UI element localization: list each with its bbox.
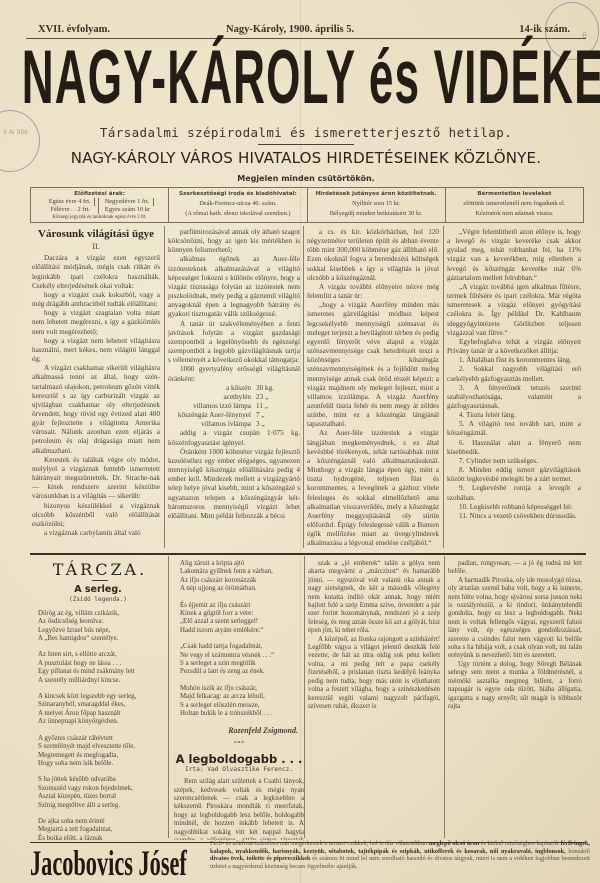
advantage-item: 2. Sokkal nagyobb világítási erő csekély… <box>447 365 581 383</box>
verse-line: S ha jöttek később udvarába <box>38 776 164 784</box>
volume: XVII. évfolyam. <box>38 24 110 35</box>
verse-line: A pusztulást hogy ne lássa . . . <box>38 660 164 668</box>
ad-highlight: meglepő olcsó áron <box>429 840 479 847</box>
stanza: A kincsek közt legszebb egy serleg,Szina… <box>32 693 164 727</box>
verse-line: A melyet Áron főpap használt <box>38 710 164 718</box>
verse-line: „Csak hadd tartja fogadalmát, <box>180 643 304 651</box>
verse-line: Hogy soha nem isik belőle. <box>38 760 164 768</box>
verse-line: Az Isten sirt, s ellötte arczát, <box>38 651 164 659</box>
ads-cell: Hirdetések jutányos áron közöltetnek. Ny… <box>308 188 446 222</box>
fuel-amount: 11 „ <box>256 402 300 411</box>
stanza: És éjjemit az ifju császáriKinek a gőgtő… <box>174 602 304 636</box>
advantage-item: 5. A világító test tovább tart, mint a k… <box>447 420 581 438</box>
verse-line: Szomszéd vagy rokon fejedelmek, <box>38 785 164 793</box>
verse-line: De ajka soha nem érinté <box>38 818 164 826</box>
stanza: Dörög az ég, villám czikázik,Az ősdicsős… <box>32 610 164 644</box>
verse-line: Legyőzve Izrael bús népe, <box>38 627 164 635</box>
fuel-source: villamos izzó lámpa <box>168 402 256 411</box>
advantages-list: 1. Általában füst és korommentes láng.2.… <box>447 356 581 521</box>
paragraph: A tanár úr szakvéleményében a fenti javí… <box>168 320 300 366</box>
column-divider <box>304 556 305 838</box>
article-col4-text: „Végre felemlíthető azon előnye is, hogy… <box>447 228 581 356</box>
verse-line: S szemfényét majd elvesztette tőle, <box>38 743 164 751</box>
subtitle: Társadalmi szépirodalmi és ismeretterjes… <box>26 125 586 140</box>
story-text-1: Rem szilág alatt születtek a Csathi lány… <box>174 778 304 840</box>
ads-title: Hirdetések jutányos áron közöltetnek. <box>308 190 445 198</box>
story-text-2: szak a „jó emberek“ talán a gólya nem ak… <box>308 560 440 711</box>
feuilleton-heading: TÁRCZA. <box>30 560 170 579</box>
advantage-item: 3. A fényerőnek tetszés szerinti szabály… <box>447 384 581 411</box>
fuel-consumption-table: a kőszén30 kg.acethylén23 „villamos izzó… <box>168 384 300 430</box>
paragraph: A harmadik Piroska, oly ide mosolygó róz… <box>448 577 582 661</box>
fuel-amount: 3 „ <box>256 420 300 429</box>
article-title: Városunk világítási ügye <box>32 230 160 239</box>
paragraph: addig a vizgáz csupán 1·075 kg. kőszénfo… <box>168 429 300 447</box>
story-column-3: padian, rongyosan, — a jó ég tudná mi le… <box>448 560 582 840</box>
paragraph: alkalmas égőnek az Auer-féle izzótestekn… <box>168 255 300 319</box>
advertisement-text: Férfi- és nőidivat-üzletében már megérke… <box>210 840 590 870</box>
verse-line: Lakomára gyűlnek fenn a várban, <box>180 568 304 576</box>
stanza: S ha jöttek később udvarábaSzomszéd vagy… <box>32 776 164 810</box>
verse-line: Megtartá a tett fogadalmat, <box>38 826 164 834</box>
office-cell: Szerkesztőségi iroda és kiadóhivatal: De… <box>169 188 307 222</box>
article-part: II. <box>32 242 160 251</box>
poem-stanzas-continued: Alig záruit a kripta ajtóLakomára gyűlne… <box>174 560 304 719</box>
advantage-item: 1. Általában füst és korommentes láng. <box>447 356 581 365</box>
advantage-item: 10. Legkisebb robbanó képességgel bír. <box>447 503 581 512</box>
poem-author: Rozenfeld Zsigmond. <box>174 727 298 735</box>
stamp-date: 9 AI 906 <box>3 129 28 136</box>
paragraph: Daczára a vizgáz ezen egyszerű előállítá… <box>32 254 160 291</box>
verse-line: Ne vegy el számomra vésnek . . .“ <box>180 652 304 660</box>
stanza: Az Isten sirt, s ellötte arczát,A pusztu… <box>32 651 164 685</box>
fuel-source: villamos ívlámpa <box>168 420 256 429</box>
verse-line: És boika előtt, a fáznak <box>38 835 164 840</box>
verse-line: Az ősdicsőség leomlva: <box>38 618 164 626</box>
paragraph: 1000 gyertyafény erősségű világításnál ó… <box>168 365 300 383</box>
verse-line: Színig megtöltve állt a serleg. <box>38 802 164 810</box>
fuel-row: kőszéngáz Auer-fénynyel7 „ <box>168 411 300 420</box>
advantage-item: 4. Tiszta fehér láng. <box>447 411 581 420</box>
fuel-source: acethylén <box>168 393 256 402</box>
article-column-2: parfümirozásával annak oly átható szagot… <box>168 228 300 550</box>
ad-copy: és kitűnő minőségben kaphatók <box>479 840 560 847</box>
subscription-title: Előfizetési árak: <box>31 190 168 198</box>
paragraph: „hogy a vizgáz Auerfény minden más ismer… <box>307 301 439 429</box>
verse-line: És éjjemit az ifju császári <box>180 602 304 610</box>
paragraph: hogy a vizgázt csak kokszból, vagy a még… <box>32 291 160 309</box>
divider-ornament: ≈∘≈ <box>174 739 304 747</box>
paragraph: padian, rongyosan, — a jó ég tudná mi le… <box>448 560 582 577</box>
fuel-row: a kőszén30 kg. <box>168 384 300 393</box>
stanza: Mohón iszik az ifju császár,Majd felkaca… <box>174 685 304 719</box>
story-column-2: szak a „jó emberek“ talán a gólya nem ak… <box>308 560 440 840</box>
article-column-4: „Végre felemlíthető azon előnye is, hogy… <box>447 228 581 550</box>
manuscripts-policy: Kéziratok nem adatnak vissza. <box>446 210 583 218</box>
verse-line: Az ünnepnapi könyörgésben. <box>38 718 164 726</box>
advantage-item: 9. Legkevésbé rontja a levegőt a szobába… <box>447 484 581 502</box>
paragraph: hogy a vizgázt nem lehetett világításra … <box>32 337 160 364</box>
paragraph: parfümirozásával annak oly átható szagot… <box>168 228 300 255</box>
paragraph: Rem szilág alatt születtek a Csathi lány… <box>174 778 304 840</box>
masthead-area: NAGY-KÁROLY és VIDÉKE <box>26 38 586 120</box>
price-half-year: Félévre . . 2 frt. <box>46 206 95 214</box>
verse-line: Hadd iszom atyám emlékére.“ <box>180 627 304 635</box>
article-col2-text-after: addig a vizgáz csupán 1·075 kg. kőszénfo… <box>168 429 300 521</box>
paragraph: Ugy történt a dolog, hogy Sőregh Bélának… <box>448 661 582 711</box>
stanza: De ajka soha nem érintéMegtartá a tett f… <box>32 818 164 840</box>
verse-line: Egy pillanat és mind zsákmány lett <box>38 668 164 676</box>
verse-line: A kincsek közt legszebb egy serleg, <box>38 693 164 701</box>
verse-line: S a serleget a szin megtölik <box>180 660 304 668</box>
column-divider <box>168 556 169 838</box>
verse-line: Mohón iszik az ifju császár, <box>180 685 304 693</box>
verse-line: „Elő azzal a szent serleggel! <box>180 618 304 626</box>
verse-line: A „Bes hamigdos“ szentélye. <box>38 635 164 643</box>
article-column-1: Városunk világítási ügye II. Daczára a v… <box>32 228 160 550</box>
price-year: Egész évre 4 frt. <box>46 198 95 206</box>
poem-subtitle: (Zsidó legenda.) <box>32 596 164 604</box>
paragraph: bizonyos készülékkel a vizgáznak olcsóbb… <box>32 502 160 529</box>
advantage-item: 11. Nincs a vezető csövekben dúrusodás. <box>447 512 581 521</box>
advantage-item: 6. Használat alatt a fényerő nem kisebbe… <box>447 439 581 457</box>
verse-line: Kinek a gőgtől forr a vére: <box>180 610 304 618</box>
letters-policy: elöttünk ismeretlentől nem fogadunk el. <box>446 200 583 208</box>
fuel-row: villamos ívlámpa3 „ <box>168 420 300 429</box>
paragraph: Kerestek és találtak végre oly módot, me… <box>32 456 160 502</box>
column-divider <box>444 556 445 838</box>
paragraph: hogy a vizgázt szagtalan volta miatt nem… <box>32 309 160 336</box>
official-gazette-line: NAGY-KÁROLY VÁROS HIVATALOS HIRDETÉSEINE… <box>34 149 577 167</box>
letters-title: Bérmentetlen leveleket <box>446 190 583 198</box>
subscription-note: Községi jegyzők és tanítóknak egész évre… <box>31 214 168 222</box>
fuel-source: a kőszén <box>168 384 256 393</box>
fuel-amount: 7 „ <box>256 411 300 420</box>
paragraph: Az Auer-féle izzótestek a vizgáz lángjáb… <box>307 429 439 548</box>
fuel-source: kőszéngáz Auer-fénynyel <box>168 411 256 420</box>
ads-stamp-fee: Bélyegdíj minden beiktatásért 30 kr. <box>308 210 445 218</box>
office-address: Deák-Ferencz-utcza 40. szám. <box>169 200 306 208</box>
column-divider <box>303 226 304 548</box>
verse-line: A győztes császár ráhévtett <box>38 735 164 743</box>
paragraph: A vizgázt csakhamar sikerült világításra… <box>32 364 160 456</box>
paragraph: „Végre felemlíthető azon előnye is, hogy… <box>447 228 581 283</box>
poem-stanzas: Dörög az ég, villám czikázik,Az ősdicsős… <box>32 610 164 840</box>
feuilleton-rule <box>30 553 586 555</box>
paragraph: A középső, az Ilonka rajongott a színház… <box>308 636 440 712</box>
verse-line: S a serleget elöszlén messze, <box>180 702 304 710</box>
advantage-item: 8. Minden eddig ismert gázvilágítások kö… <box>447 466 581 484</box>
article-col1-text: Daczára a vizgáz ezen egyszerű előállítá… <box>32 254 160 538</box>
fuel-amount: 30 kg. <box>256 384 300 393</box>
verse-line: A szentély milliárdnyi kincse. <box>38 677 164 685</box>
fuel-row: villamos izzó lámpa11 „ <box>168 402 300 411</box>
verse-line: Dörög az ég, villám czikázik, <box>38 610 164 618</box>
price-quarter: Negyedévre 1 frt. <box>102 198 154 206</box>
verse-line: Megremegett és megfogadta, <box>38 752 164 760</box>
price-single: Egyes szám 10 kr <box>102 206 154 214</box>
verse-line: Asztal közepén, tüzes borral <box>38 793 164 801</box>
paragraph: Óránként 1000 köbméter vizgáz fejlesztő … <box>168 448 300 521</box>
article-column-3: a cs. és kir. közkórházban, hol 120 négy… <box>307 228 439 550</box>
verse-line: A nép ujjong az örömárban. <box>180 585 304 593</box>
subscription-cell: Előfizetési árak: Egész évre 4 frt.Félév… <box>31 188 169 222</box>
article-col3-text: a cs. és kir. közkórházban, hol 120 négy… <box>307 228 439 548</box>
office-title: Szerkesztőségi iroda és kiadóhivatal: <box>169 190 306 198</box>
article-col2-text: parfümirozásával annak oly átható szagot… <box>168 228 300 384</box>
paragraph: szak a „jó emberek“ talán a gólya nem ak… <box>308 560 440 636</box>
fuel-row: acethylén23 „ <box>168 393 300 402</box>
column-divider <box>443 226 444 548</box>
paragraph: A vizgáz további előnyeire nézve még fel… <box>307 283 439 301</box>
stanza: A győztes császár ráhévtettS szemfényét … <box>32 735 164 769</box>
subtitle-rule <box>258 144 354 145</box>
stanza: Alig záruit a kripta ajtóLakomára gyűlne… <box>174 560 304 594</box>
issue-number: 14-ik szám. <box>519 24 570 35</box>
verse-line: Holtan bukik le a trónszékből . . . <box>180 710 304 718</box>
ad-copy: Férfi- és nőidivat-üzletében már megérke… <box>210 840 429 847</box>
office-note: (A római kath. elemi iskolával szemben.) <box>169 210 306 218</box>
verse-line: Pezsdül a lant és zeng az ének. <box>180 668 304 676</box>
verse-line: Majd felkacag: az arcza lehull, <box>180 693 304 701</box>
price-grid: Egész évre 4 frt.Félévre . . 2 frt. Negy… <box>31 198 168 214</box>
poem-column-2: Alig záruit a kripta ajtóLakomára gyűlne… <box>174 560 304 840</box>
place-date: Nagy-Károly, 1900. április 5. <box>226 24 354 35</box>
paragraph: Egybefoglalva tehát a vizgáz előnyeit Pr… <box>447 338 581 356</box>
ads-price: Nyílttér sora 15 kr. <box>308 200 445 208</box>
poem-column-1: A serleg. (Zsidó legenda.) Dörög az ég, … <box>32 582 164 840</box>
letters-cell: Bérmentetlen leveleket elöttünk ismeretl… <box>446 188 583 222</box>
verse-line: Szinaranyból, smaragddal ékes, <box>38 701 164 709</box>
column-divider <box>164 226 165 548</box>
stanza: „Csak hadd tartja fogadalmát,Ne vegy el … <box>174 643 304 677</box>
paragraph: a vizgáznak carbylamin által való <box>32 529 160 538</box>
info-box: Előfizetési árak: Egész évre 4 frt.Félév… <box>30 187 584 223</box>
story-text-3: padian, rongyosan, — a jó ég tudná mi le… <box>448 560 582 711</box>
verse-line: Az ifju császárt koronázzák <box>180 577 304 585</box>
story-title: A legboldogabb . . . <box>174 755 304 763</box>
fuel-amount: 23 „ <box>256 393 300 402</box>
advertisement: Jacobovics Jósef Férfi- és nőidivat-üzle… <box>30 848 586 883</box>
publication-schedule: Megjelen minden csütörtökön. <box>26 174 586 183</box>
heading-ornament <box>92 580 108 581</box>
ad-highlight: divatos övek, toilette és pipereczikkek <box>210 855 310 862</box>
verse-line: Alig záruit a kripta ajtó <box>180 560 304 568</box>
paragraph: a cs. és kir. közkórházban, hol 120 négy… <box>307 228 439 283</box>
paragraph: „A vizgáz továbbá igen alkalmas fűtésre,… <box>447 283 581 338</box>
masthead-title: NAGY-KÁROLY és VIDÉKE <box>22 38 590 118</box>
advantage-item: 7. Cylinder nem szükséges. <box>447 457 581 466</box>
story-author: Irta: Vad Olvasztike Ferencz. <box>174 766 304 774</box>
poem-title: A serleg. <box>32 586 164 594</box>
ad-copy: honzáról <box>566 848 590 855</box>
advertiser-name: Jacobovics Jósef <box>30 842 129 883</box>
